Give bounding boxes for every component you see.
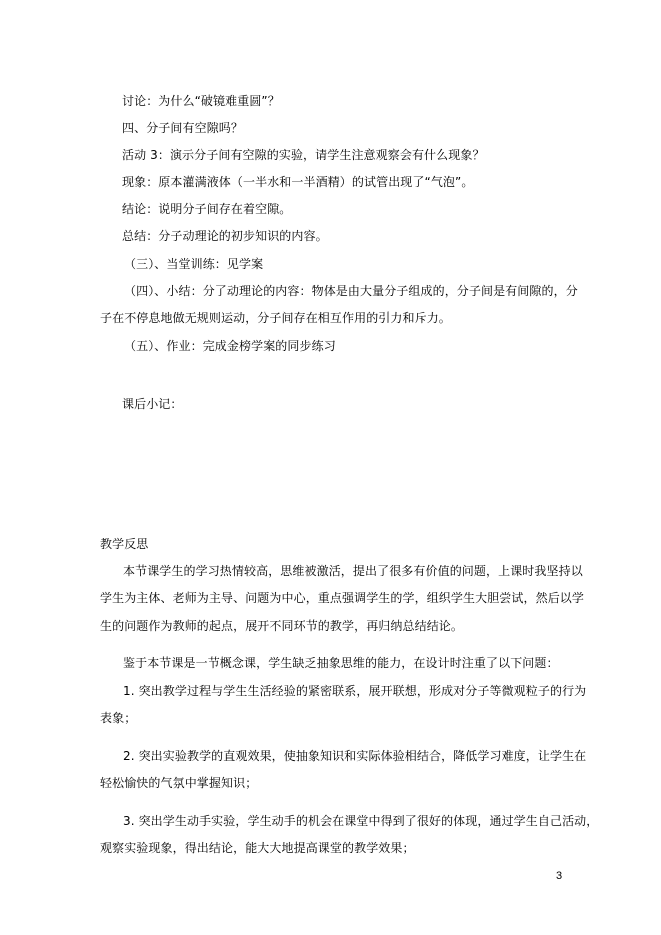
point-2-line-2: 轻松愉快的气氛中掌握知识； (100, 776, 257, 790)
reflection-para-2: 鉴于本节课是一节概念课，学生缺乏抽象思维的能力，在设计时注重了以下问题： (123, 656, 559, 670)
page-number: 3 (556, 870, 562, 882)
recap-line-1: （四）、小结：分了动理论的内容：物体是由大量分子组成的，分子间是有间隙的，分 (124, 284, 578, 298)
document-page: 讨论：为什么“破镜难重圆”？ 四、分子间有空隙吗？ 活动 3：演示分子间有空隙的… (0, 0, 661, 935)
point-3-line-2: 观察实验现象，得出结论，能大大地提高课堂的教学效果； (100, 841, 415, 855)
recap-line-2: 子在不停息地做无规则运动，分子间存在相互作用的引力和斥力。 (100, 311, 451, 325)
reflection-para-1-line-3: 生的问题作为教师的起点，展开不同环节的教学，再归纳总结结论。 (100, 619, 463, 633)
point-2-line-1: 2. 突出实验教学的直观效果，使抽象知识和实际体验相结合，降低学习难度，让学生在 (123, 749, 586, 763)
practice-line: （三）、当堂训练：见学案 (124, 257, 263, 271)
reflection-heading: 教学反思 (100, 537, 148, 551)
point-1-line-2: 表象； (100, 711, 136, 725)
summary-line: 总结：分子动理论的初步知识的内容。 (122, 229, 328, 243)
homework-line: （五）、作业：完成金榜学案的同步练习 (124, 339, 336, 353)
point-3-line-1: 3. 突出学生动手实验，学生动手的机会在课堂中得到了很好的体现，通过学生自己活动… (123, 814, 598, 828)
discussion-line: 讨论：为什么“破镜难重圆”？ (122, 94, 280, 108)
phenomenon-line: 现象：原本灌满液体（一半水和一半酒精）的试管出现了“气泡”。 (122, 175, 473, 189)
section-heading-4: 四、分子间有空隙吗？ (122, 121, 243, 135)
after-class-notes-label: 课后小记： (122, 397, 183, 411)
reflection-para-1-line-1: 本节课学生的学习热情较高，思维被激活，提出了很多有价值的问题，上课时我坚持以 (123, 564, 583, 578)
reflection-para-1-line-2: 学生为主体、老师为主导、问题为中心，重点强调学生的学，组织学生大胆尝试，然后以学 (100, 591, 584, 605)
point-1-line-1: 1. 突出教学过程与学生生活经验的紧密联系，展开联想，形成对分子等微观粒子的行为 (123, 684, 586, 698)
conclusion-line: 结论：说明分子间存在着空隙。 (122, 202, 291, 216)
activity-3-line: 活动 3：演示分子间有空隙的实验，请学生注意观察会有什么现象？ (122, 148, 485, 162)
